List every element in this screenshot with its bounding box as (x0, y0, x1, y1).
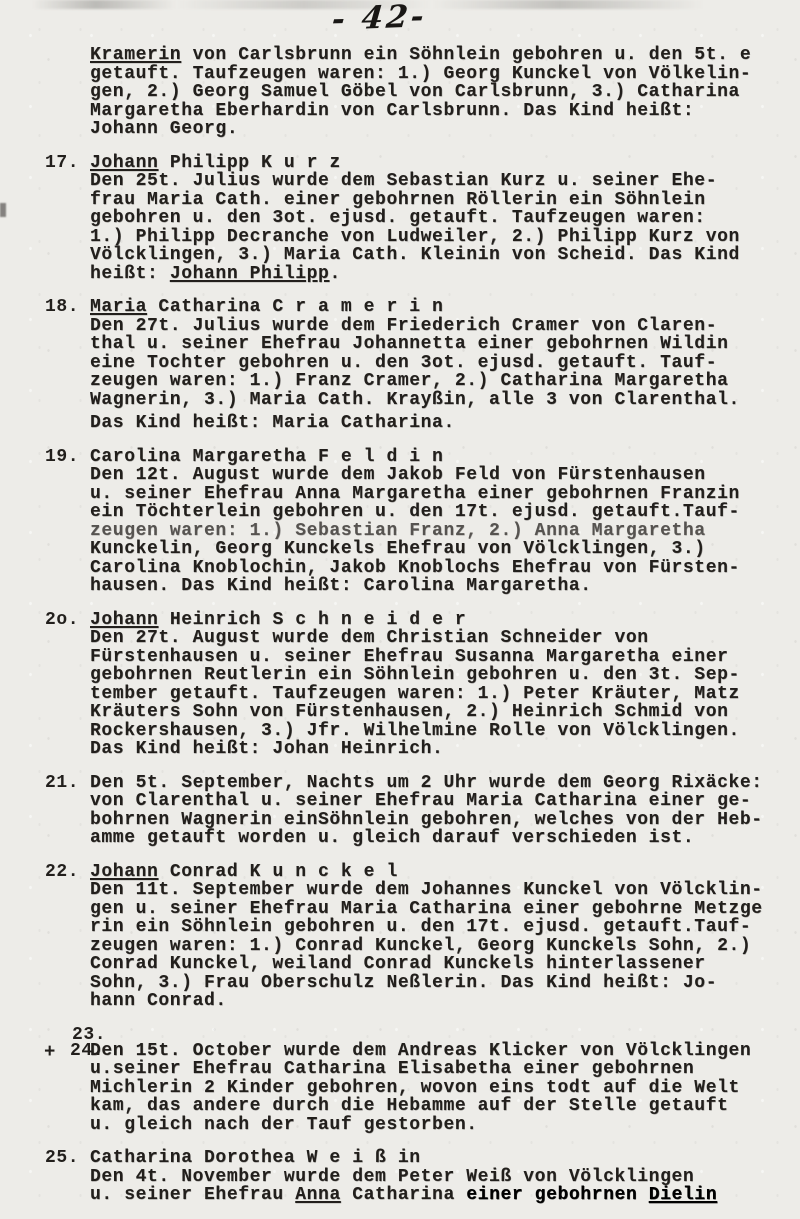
text-segment: Den 4t. November wurde dem Peter Weiß vo… (90, 1167, 694, 1187)
text-segment: Kramerin (90, 45, 181, 65)
text-segment: gen u. seiner Ehefrau Maria Catharina ei… (90, 899, 763, 919)
text-segment: amme getauft worden u. gleich darauf ver… (90, 828, 694, 848)
text-segment: Den 5t. September, Nachts um 2 Uhr wurde… (90, 773, 763, 793)
text-segment: eine Tochter gebohren u. den 3ot. ejusd.… (90, 353, 717, 373)
text-segment: Heinrich S c h n e i d e r (158, 610, 466, 630)
entry-number: 21. (45, 774, 79, 793)
text-segment: Völcklingen, 3.) Maria Cath. Kleinin von… (90, 245, 740, 265)
text-segment: Conrad Kunckel, weiland Conrad Kunckels … (90, 954, 706, 974)
text-segment: gen, 2.) Georg Samuel Göbel von Carlsbru… (90, 82, 740, 102)
text-segment: u. seiner Ehefrau (90, 1185, 295, 1205)
entry-22: 22.Johann Conrad K u n c k e lDen 11t. S… (0, 863, 800, 1011)
text-segment: Den 25t. Julius wurde dem Sebastian Kurz… (90, 171, 717, 191)
margin-plus-mark: + (44, 1043, 55, 1062)
text-line: getauft. Taufzeugen waren: 1.) Georg Kun… (90, 65, 800, 84)
text-segment: Carolina Knoblochin, Jakob Knoblochs Ehe… (90, 558, 740, 578)
text-line: Den 27t. August wurde dem Christian Schn… (90, 629, 800, 648)
entry-heading: Carolina Margaretha F e l d i n (90, 448, 800, 467)
text-line: rin ein Söhnlein gebohren u. den 17t. ej… (90, 918, 800, 937)
entry-18: 18.Maria Catharina C r a m e r i nDen 27… (0, 298, 800, 433)
text-line: u. seiner Ehefrau Anna Margaretha einer … (90, 485, 800, 504)
entry-body: Den 15t. October wurde dem Andreas Klick… (90, 1042, 800, 1135)
text-segment: Kräuters Sohn von Fürstenhausen, 2.) Hei… (90, 702, 729, 722)
entry-number: 24. (70, 1042, 104, 1061)
text-segment: Johann Georg. (90, 119, 238, 139)
text-segment: von Carlsbrunn ein Söhnlein gebohren u. … (181, 45, 751, 65)
entry-heading: Maria Catharina C r a m e r i n (90, 298, 800, 317)
entry-body: Johann Philipp K u r zDen 25t. Julius wu… (90, 154, 800, 284)
text-line: Völcklingen, 3.) Maria Cath. Kleinin von… (90, 246, 800, 265)
text-line: u. gleich nach der Tauf gestorben. (90, 1116, 800, 1135)
text-line: frau Maria Cath. einer gebohrnen Rölleri… (90, 191, 800, 210)
text-segment: Das Kind heißt: Maria Catharina. (90, 413, 455, 433)
entry-number: 25. (45, 1149, 79, 1168)
text-segment: Johann (90, 610, 158, 630)
text-segment: Michlerin 2 Kinder gebohren, wovon eins … (90, 1078, 740, 1098)
text-line: Rockershausen, 3.) Jfr. Wilhelmine Rolle… (90, 722, 800, 741)
entry-body: Kramerin von Carlsbrunn ein Söhnlein geb… (90, 46, 800, 139)
text-line: zeugen waren: 1.) Franz Cramer, 2.) Cath… (90, 372, 800, 391)
text-line: Johann Georg. (90, 120, 800, 139)
entry-21: 21.Den 5t. September, Nachts um 2 Uhr wu… (0, 774, 800, 848)
text-line: Das Kind heißt: Maria Catharina. (90, 414, 800, 433)
continuation-paragraph: Kramerin von Carlsbrunn ein Söhnlein geb… (0, 46, 800, 139)
text-line: u. seiner Ehefrau Anna Catharina einer g… (90, 1186, 800, 1205)
text-segment: Den 15t. October wurde dem Andreas Klick… (90, 1041, 751, 1061)
text-line: eine Tochter gebohren u. den 3ot. ejusd.… (90, 354, 800, 373)
text-segment: u. seiner Ehefrau Anna Margaretha einer … (90, 484, 740, 504)
text-segment: Den 12t. August wurde dem Jakob Feld von… (90, 465, 706, 485)
text-segment: Johann (90, 862, 158, 882)
text-line: Den 12t. August wurde dem Jakob Feld von… (90, 466, 800, 485)
text-segment: Catharina (341, 1185, 466, 1205)
text-segment: Johann (90, 153, 158, 173)
text-line: kam, das andere durch die Hebamme auf de… (90, 1097, 800, 1116)
entry-body: Den 5t. September, Nachts um 2 Uhr wurde… (90, 774, 800, 848)
text-line: zeugen waren: 1.) Conrad Kunckel, Georg … (90, 937, 800, 956)
text-line: ein Töchterlein gebohren u. den 17t. eju… (90, 503, 800, 522)
entry-23-24: +23.24.Den 15t. October wurde dem Andrea… (0, 1042, 800, 1135)
text-segment: hann Conrad. (90, 991, 227, 1011)
text-line: Margaretha Eberhardin von Carlsbrunn. Da… (90, 102, 800, 121)
text-segment: gebohren u. den 3ot. ejusd. getauft. Tau… (90, 208, 706, 228)
entry-body: Johann Conrad K u n c k e lDen 11t. Sept… (90, 863, 800, 1011)
text-segment: bohrnen Wagnerin einSöhnlein gebohren, w… (90, 810, 763, 830)
text-line: gen, 2.) Georg Samuel Göbel von Carlsbru… (90, 83, 800, 102)
text-segment: . (329, 264, 340, 284)
text-line: von Clarenthal u. seiner Ehefrau Maria C… (90, 792, 800, 811)
text-segment: tember getauft. Taufzeugen waren: 1.) Pe… (90, 684, 740, 704)
scanned-register-page: - 42- Kramerin von Carlsbrunn ein Söhnle… (0, 0, 800, 1219)
entry-19: 19.Carolina Margaretha F e l d i nDen 12… (0, 448, 800, 596)
text-segment: Rockershausen, 3.) Jfr. Wilhelmine Rolle… (90, 721, 740, 741)
text-segment: thal u. seiner Ehefrau Johannetta einer … (90, 334, 729, 354)
entry-body: Maria Catharina C r a m e r i nDen 27t. … (90, 298, 800, 433)
text-line: tember getauft. Taufzeugen waren: 1.) Pe… (90, 685, 800, 704)
text-segment: Carolina Margaretha F e l d i n (90, 447, 443, 467)
text-line: Carolina Knoblochin, Jakob Knoblochs Ehe… (90, 559, 800, 578)
entry-number: 22. (45, 863, 79, 882)
entry-body: Carolina Margaretha F e l d i nDen 12t. … (90, 448, 800, 596)
text-line: Kräuters Sohn von Fürstenhausen, 2.) Hei… (90, 703, 800, 722)
entry-number: 18. (45, 298, 79, 317)
text-line: Den 15t. October wurde dem Andreas Klick… (90, 1042, 800, 1061)
text-segment: hausen. Das Kind heißt: Carolina Margare… (90, 576, 592, 596)
text-segment: getauft. Taufzeugen waren: 1.) Georg Kun… (90, 64, 751, 84)
text-segment: Das Kind heißt: Johan Heinrich. (90, 739, 443, 759)
text-line: Den 11t. September wurde dem Johannes Ku… (90, 881, 800, 900)
text-segment: Kunckelin, Georg Kunckels Ehefrau von Vö… (90, 539, 706, 559)
text-segment: frau Maria Cath. einer gebohrnen Rölleri… (90, 190, 706, 210)
text-line: u.seiner Ehefrau Catharina Elisabetha ei… (90, 1060, 800, 1079)
entry-20: 2o.Johann Heinrich S c h n e i d e rDen … (0, 611, 800, 759)
text-segment: Wagnerin, 3.) Maria Cath. Krayßin, alle … (90, 390, 740, 410)
text-line: Den 25t. Julius wurde dem Sebastian Kurz… (90, 172, 800, 191)
text-line: Fürstenhausen u. seiner Ehefrau Susanna … (90, 648, 800, 667)
entry-heading: Catharina Dorothea W e i ß in (90, 1149, 800, 1168)
text-segment: u.seiner Ehefrau Catharina Elisabetha ei… (90, 1059, 694, 1079)
text-segment: Catharina C r a m e r i n (147, 297, 443, 317)
text-line: hann Conrad. (90, 992, 800, 1011)
text-line: Das Kind heißt: Johan Heinrich. (90, 740, 800, 759)
text-line: bohrnen Wagnerin einSöhnlein gebohren, w… (90, 811, 800, 830)
entry-number: 2o. (45, 611, 79, 630)
text-segment: heißt: (90, 264, 170, 284)
text-segment: Den 11t. September wurde dem Johannes Ku… (90, 880, 763, 900)
entry-number: 19. (45, 448, 79, 467)
text-segment: rin ein Söhnlein gebohren u. den 17t. ej… (90, 917, 751, 937)
text-line: thal u. seiner Ehefrau Johannetta einer … (90, 335, 800, 354)
text-segment: Den 27t. Julius wurde dem Friederich Cra… (90, 316, 717, 336)
text-line: Den 5t. September, Nachts um 2 Uhr wurde… (90, 774, 800, 793)
text-segment: Fürstenhausen u. seiner Ehefrau Susanna … (90, 647, 729, 667)
text-segment: Johann Philipp (170, 264, 330, 284)
register-entries-container: Kramerin von Carlsbrunn ein Söhnlein geb… (0, 46, 800, 1205)
text-line: Michlerin 2 Kinder gebohren, wovon eins … (90, 1079, 800, 1098)
text-segment: Margaretha Eberhardin von Carlsbrunn. Da… (90, 101, 694, 121)
text-line: Sohn, 3.) Frau Oberschulz Neßlerin. Das … (90, 974, 800, 993)
text-segment: von Clarenthal u. seiner Ehefrau Maria C… (90, 791, 751, 811)
text-segment: zeugen waren: 1.) Conrad Kunckel, Georg … (90, 936, 751, 956)
entry-heading: Johann Conrad K u n c k e l (90, 863, 800, 882)
text-segment: kam, das andere durch die Hebamme auf de… (90, 1096, 729, 1116)
text-line: Den 27t. Julius wurde dem Friederich Cra… (90, 317, 800, 336)
entry-17: 17.Johann Philipp K u r zDen 25t. Julius… (0, 154, 800, 284)
text-line: 1.) Philipp Decranche von Ludweiler, 2.)… (90, 228, 800, 247)
entry-25: 25.Catharina Dorothea W e i ß inDen 4t. … (0, 1149, 800, 1205)
entry-body: Johann Heinrich S c h n e i d e rDen 27t… (90, 611, 800, 759)
text-segment: Den 27t. August wurde dem Christian Schn… (90, 628, 649, 648)
text-segment: Anna (295, 1185, 341, 1205)
text-line: gen u. seiner Ehefrau Maria Catharina ei… (90, 900, 800, 919)
text-segment: einer gebohrnen (466, 1185, 648, 1205)
text-segment: Philipp K u r z (158, 153, 340, 173)
text-line: Kunckelin, Georg Kunckels Ehefrau von Vö… (90, 540, 800, 559)
text-segment: 1.) Philipp Decranche von Ludweiler, 2.)… (90, 227, 740, 247)
text-segment: Sohn, 3.) Frau Oberschulz Neßlerin. Das … (90, 973, 717, 993)
handwritten-page-number: - 42- (330, 0, 428, 38)
entry-number: 17. (45, 154, 79, 173)
text-line: amme getauft worden u. gleich darauf ver… (90, 829, 800, 848)
text-segment: zeugen waren: 1.) Sebastian Franz, 2.) A… (90, 521, 706, 541)
text-segment: ein Töchterlein gebohren u. den 17t. eju… (90, 502, 740, 522)
text-segment: u. gleich nach der Tauf gestorben. (90, 1115, 478, 1135)
text-segment: Maria (90, 297, 147, 317)
text-segment: Catharina Dorothea W e i ß in (90, 1148, 421, 1168)
text-segment: Dielin (649, 1185, 717, 1205)
text-line: Kramerin von Carlsbrunn ein Söhnlein geb… (90, 46, 800, 65)
text-segment: gebohrnen Reutlerin ein Söhnlein gebohre… (90, 665, 740, 685)
text-line: Wagnerin, 3.) Maria Cath. Krayßin, alle … (90, 391, 800, 410)
entry-body: Catharina Dorothea W e i ß inDen 4t. Nov… (90, 1149, 800, 1205)
text-line: heißt: Johann Philipp. (90, 265, 800, 284)
entry-heading: Johann Philipp K u r z (90, 154, 800, 173)
text-segment: Conrad K u n c k e l (158, 862, 397, 882)
text-line: Den 4t. November wurde dem Peter Weiß vo… (90, 1168, 800, 1187)
entry-heading: Johann Heinrich S c h n e i d e r (90, 611, 800, 630)
text-line: hausen. Das Kind heißt: Carolina Margare… (90, 577, 800, 596)
text-line: zeugen waren: 1.) Sebastian Franz, 2.) A… (90, 522, 800, 541)
text-line: Conrad Kunckel, weiland Conrad Kunckels … (90, 955, 800, 974)
text-line: gebohrnen Reutlerin ein Söhnlein gebohre… (90, 666, 800, 685)
text-segment: zeugen waren: 1.) Franz Cramer, 2.) Cath… (90, 371, 729, 391)
text-line: gebohren u. den 3ot. ejusd. getauft. Tau… (90, 209, 800, 228)
